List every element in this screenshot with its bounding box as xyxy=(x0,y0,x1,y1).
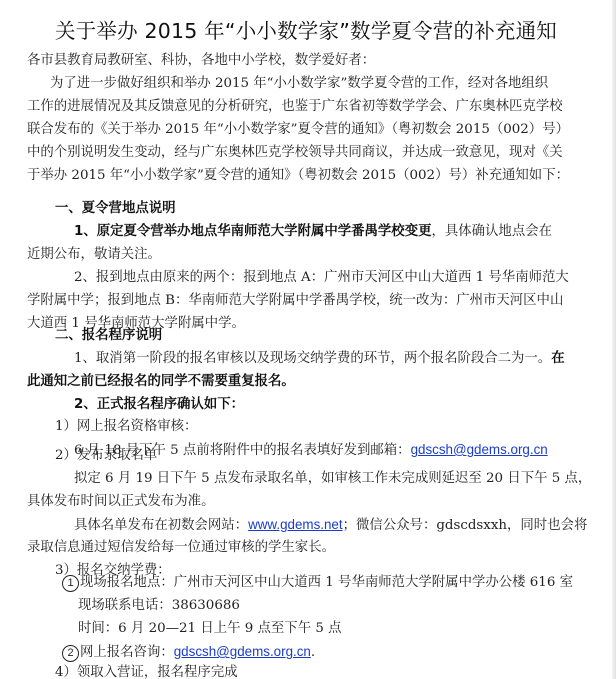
website-link[interactable]: www.gdems.net xyxy=(248,517,343,532)
step3-option1-text: 现场报名地点：广州市天河区中山大道西 1 号华南师范大学附属中学办公楼 616 … xyxy=(80,575,573,590)
step2-text-line3: 具体名单发布在初数会网站：www.gdems.net；微信公众号：gdscdsx… xyxy=(74,514,587,536)
step3-option2-text: 网上报名咨询： xyxy=(80,645,174,660)
intro-line-4: 中的个别说明发生变动，经与广东奥林匹克学校领导共同商议，并达成一致意见，现对《关 xyxy=(27,142,563,164)
step3-time: 时间：6 月 20—21 日上午 9 点至下午 5 点 xyxy=(78,618,342,640)
intro-line-1: 为了进一步做好组织和举办 2015 年“小小数学家”数学夏令营的工作，经对各地组… xyxy=(50,73,548,95)
section2-heading: 二、报名程序说明 xyxy=(55,325,162,347)
section2-item1-bold: 在 xyxy=(551,351,564,366)
step2-label: 2）发布录取名单 xyxy=(55,445,157,467)
step3-option1: 1现场报名地点：广州市天河区中山大道西 1 号华南师范大学附属中学办公楼 616… xyxy=(62,572,573,594)
circled-number-1-icon: 1 xyxy=(62,575,79,592)
intro-line-5: 于举办 2015 年“小小数学家”夏令营的通知》（粤初数会 2015（002）号… xyxy=(27,165,569,187)
intro-line-3: 联合发布的《关于举办 2015 年“小小数学家”夏令营的通知》（粤初数会 201… xyxy=(27,119,569,141)
circled-number-2-icon: 2 xyxy=(62,645,79,662)
step1-label: 1）网上报名资格审核： xyxy=(55,416,197,438)
intro-line-2: 工作的进展情况及其反馈意见的分析研究，也鉴于广东省初等数学学会、广东奥林匹克学校 xyxy=(27,96,563,118)
step2-wechat-text: ；微信公众号：gdscdsxxh，同时也会将 xyxy=(343,518,588,533)
section1-item2-line2: 学附属中学；报到地点 B：华南师范大学附属中学番禺学校，统一改为：广州市天河区中… xyxy=(27,290,563,312)
document-title: 关于举办 2015 年“小小数学家”数学夏令营的补充通知 xyxy=(0,14,612,44)
section1-item1-line2: 近期公布，敬请关注。 xyxy=(27,244,161,266)
section1-item1: 1、原定夏令营举办地点华南师范大学附属中学番禺学校变更，具体确认地点会在 xyxy=(74,221,552,243)
step4-label: 4）领取入营证，报名程序完成 xyxy=(55,662,238,679)
step3-phone: 现场联系电话：38630686 xyxy=(78,595,240,617)
section1-item1-rest: ，具体确认地点会在 xyxy=(431,224,552,239)
section1-item2-line1: 2、报到地点由原来的两个：报到地点 A：广州市天河区中山大道西 1 号华南师范大 xyxy=(74,267,569,289)
step2-website-label: 具体名单发布在初数会网站： xyxy=(74,518,248,533)
step1-email-link[interactable]: gdscsh@gdems.org.cn xyxy=(411,442,548,457)
section1-item1-bold: 1、原定夏令营举办地点华南师范大学附属中学番禺学校变更 xyxy=(74,224,431,239)
section1-heading: 一、夏令营地点说明 xyxy=(55,198,176,220)
section2-item1-text: 1、取消第一阶段的报名审核以及现场交纳学费的环节，两个报名阶段合二为一。 xyxy=(74,351,551,366)
step3-option2: 2网上报名咨询：gdscsh@gdems.org.cn. xyxy=(62,641,315,663)
step3-option2-tail: . xyxy=(311,645,315,660)
section2-item2-heading: 2、正式报名程序确认如下： xyxy=(74,394,244,416)
step2-text-line4: 录取信息通过短信发给每一位通过审核的学生家长。 xyxy=(27,537,335,559)
step2-text-line1: 拟定 6 月 19 日下午 5 点发布录取名单，如审核工作未完成则延迟至 20 … xyxy=(74,468,591,490)
consult-email-link[interactable]: gdscsh@gdems.org.cn xyxy=(174,644,311,659)
section2-item1-line2: 此通知之前已经报名的同学不需要重复报名。 xyxy=(27,371,295,393)
section2-item1: 1、取消第一阶段的报名审核以及现场交纳学费的环节，两个报名阶段合二为一。在 xyxy=(74,348,565,370)
step2-text-line2: 具体发布时间以正式发布为准。 xyxy=(27,491,214,513)
salutation: 各市县教育局教研室、科协，各地中小学校，数学爱好者： xyxy=(27,50,375,72)
page-edge-shadow xyxy=(612,0,616,679)
